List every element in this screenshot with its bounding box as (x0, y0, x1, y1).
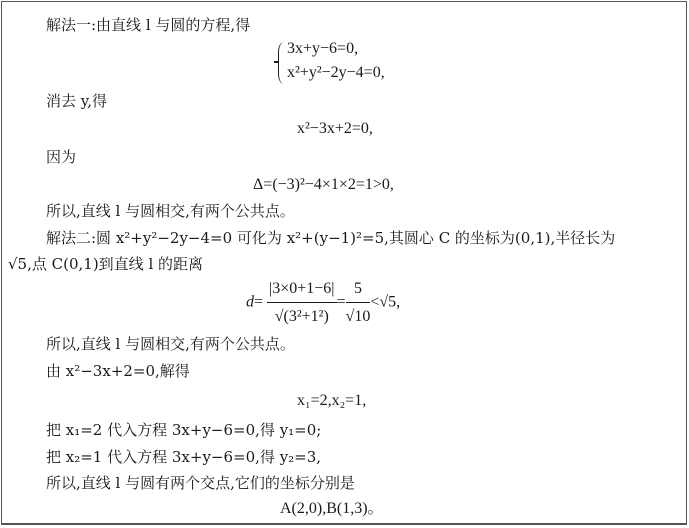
value-numerator: 5 (346, 278, 371, 303)
roots-text: x₁=2,x₂=1, (297, 392, 366, 409)
eliminate-text: 消去 y,得 (46, 92, 107, 110)
discriminant-text: Δ=(−3)²−4×1×2=1>0, (253, 176, 394, 193)
distance-numerator: |3×0+1−6| (267, 278, 336, 303)
equals-sign-2: = (337, 294, 346, 311)
intersection-points: A(2,0),B(1,3)。 (280, 500, 384, 518)
solve-intro-text: 由 x²−3x+2=0,解得 (46, 362, 190, 380)
method1-conclusion: 所以,直线 l 与圆相交,有两个公共点。 (46, 202, 295, 220)
intersection-points-text: A(2,0),B(1,3)。 (280, 500, 384, 517)
quadratic-equation: x²−3x+2=0, (297, 120, 373, 138)
system-eq2: x²+y²−2y−4=0, (287, 64, 385, 82)
method2-conclusion-text: 所以,直线 l 与圆相交,有两个公共点。 (46, 335, 295, 353)
method2-intro: 解法二:圆 x²+y²−2y−4=0 可化为 x²+(y−1)²=5,其圆心 C… (46, 229, 615, 247)
method1-intro: 解法一:由直线 l 与圆的方程,得 (46, 16, 250, 34)
distance-compare: <√5 (370, 294, 396, 311)
system-eq1: 3x+y−6=0, (287, 40, 358, 58)
distance-formula: d= |3×0+1−6| √(3²+1²) = 5 √10 <√5, (246, 278, 400, 328)
distance-denominator: √(3²+1²) (267, 303, 336, 328)
because-line: 因为 (46, 148, 76, 166)
discriminant-equation: Δ=(−3)²−4×1×2=1>0, (253, 176, 394, 194)
solve-conclusion: 所以,直线 l 与圆有两个交点,它们的坐标分别是 (46, 474, 355, 492)
eliminate-line: 消去 y,得 (46, 92, 107, 110)
substitution-2: 把 x₂=1 代入方程 3x+y−6=0,得 y₂=3, (46, 448, 321, 466)
value-fraction: 5 √10 (346, 278, 371, 328)
quadratic-text: x²−3x+2=0, (297, 120, 373, 137)
equals-sign-1: = (254, 294, 263, 311)
distance-lhs: d (246, 294, 254, 311)
method2-intro-cont-text: √5,点 C(0,1)到直线 l 的距离 (8, 255, 203, 273)
solve-conclusion-text: 所以,直线 l 与圆有两个交点,它们的坐标分别是 (46, 474, 355, 492)
because-text: 因为 (46, 148, 76, 166)
substitution-2-text: 把 x₂=1 代入方程 3x+y−6=0,得 y₂=3, (46, 448, 321, 466)
roots-line: x₁=2,x₂=1, (297, 392, 366, 410)
system-eq1-text: 3x+y−6=0, (287, 40, 358, 57)
left-brace (278, 42, 285, 84)
value-denominator: √10 (346, 303, 371, 328)
distance-fraction: |3×0+1−6| √(3²+1²) (267, 278, 336, 328)
substitution-1: 把 x₁=2 代入方程 3x+y−6=0,得 y₁=0; (46, 421, 321, 439)
method1-conclusion-text: 所以,直线 l 与圆相交,有两个公共点。 (46, 202, 295, 220)
distance-suffix: , (396, 294, 400, 311)
method1-intro-text: 解法一:由直线 l 与圆的方程,得 (46, 16, 250, 34)
method2-intro-text: 解法二:圆 x²+y²−2y−4=0 可化为 x²+(y−1)²=5,其圆心 C… (46, 229, 615, 247)
method2-intro-cont: √5,点 C(0,1)到直线 l 的距离 (8, 255, 203, 273)
substitution-1-text: 把 x₁=2 代入方程 3x+y−6=0,得 y₁=0; (46, 421, 321, 439)
solve-intro: 由 x²−3x+2=0,解得 (46, 362, 190, 380)
system-eq2-text: x²+y²−2y−4=0, (287, 64, 385, 81)
method2-conclusion: 所以,直线 l 与圆相交,有两个公共点。 (46, 335, 295, 353)
